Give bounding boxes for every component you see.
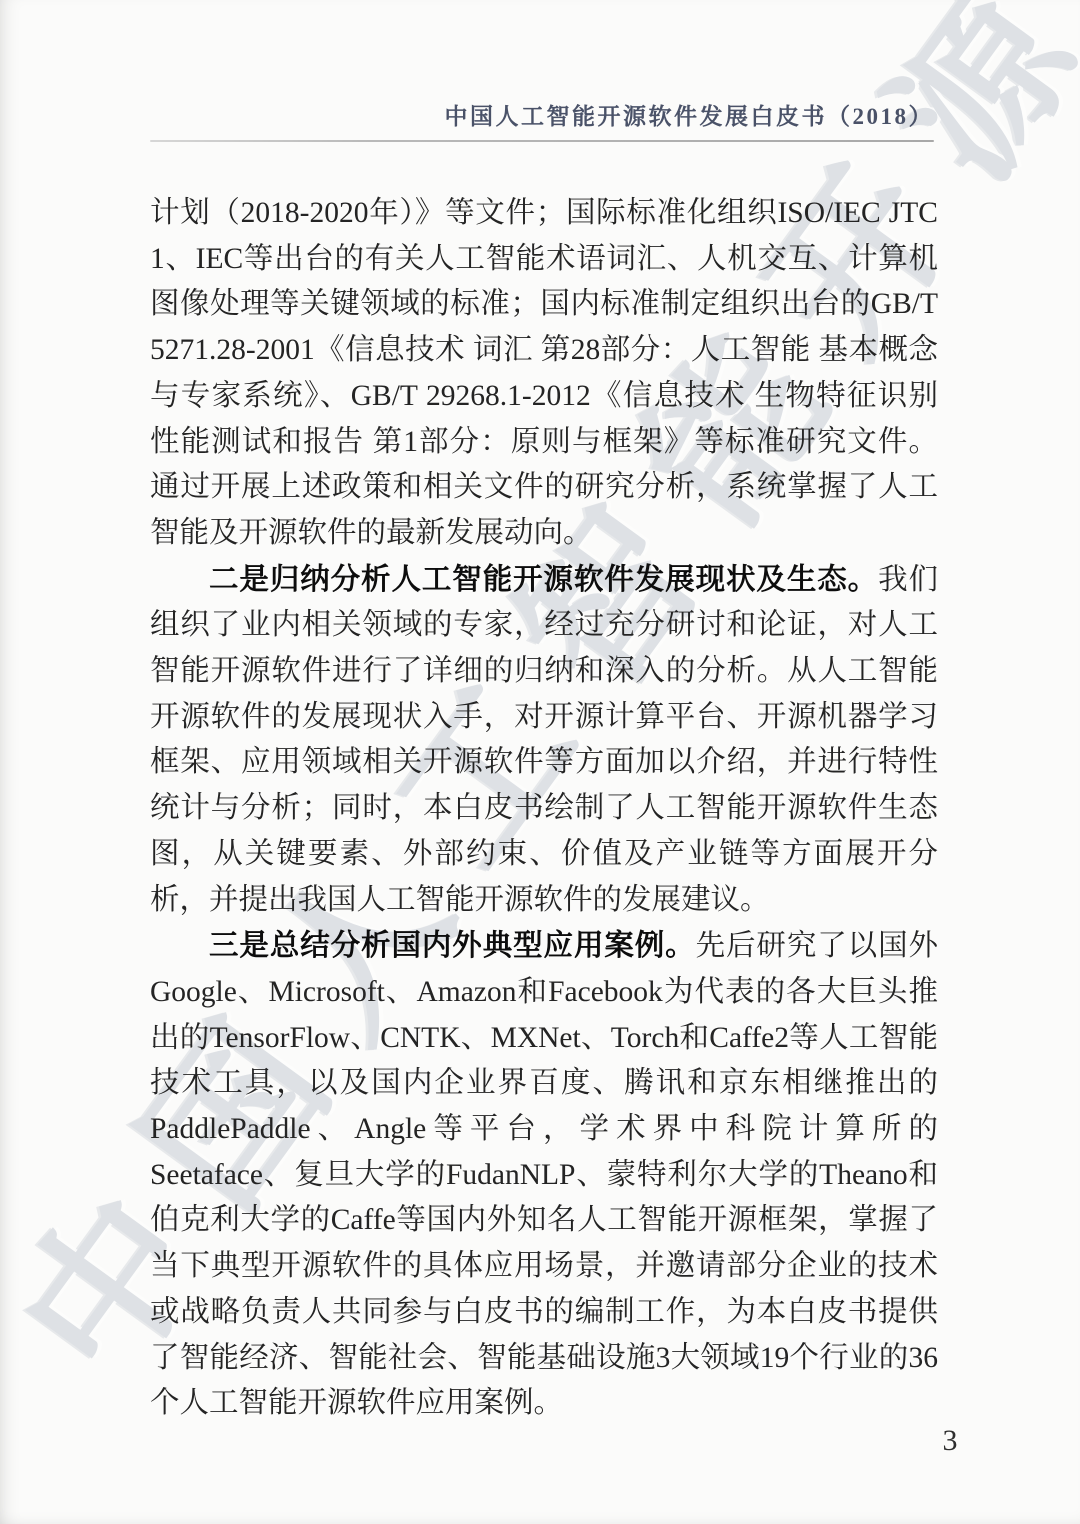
- paragraph-third-point: 三是总结分析国内外典型应用案例。先后研究了以国外Google、Microsoft…: [150, 923, 938, 1427]
- paragraph-continuation: 计划（2018-2020年）》等文件；国际标准化组织ISO/IEC JTC 1、…: [150, 190, 938, 557]
- paragraph-text: 计划（2018-2020年）》等文件；国际标准化组织ISO/IEC JTC 1、…: [150, 197, 938, 549]
- paragraph-lead: 三是总结分析国内外典型应用案例。: [209, 929, 696, 962]
- page-number: 3: [930, 1424, 970, 1458]
- paragraph-text: 我们组织了业内相关领域的专家，经过充分研讨和论证，对人工智能开源软件进行了详细的…: [150, 564, 938, 916]
- paragraph-second-point: 二是归纳分析人工智能开源软件发展现状及生态。我们组织了业内相关领域的专家，经过充…: [150, 557, 938, 924]
- running-header-title: 中国人工智能开源软件发展白皮书（2018）: [150, 98, 934, 131]
- header-rule: [150, 140, 934, 142]
- running-header: 中国人工智能开源软件发展白皮书（2018）: [150, 98, 934, 142]
- paragraph-text: 先后研究了以国外Google、Microsoft、Amazon和Facebook…: [150, 930, 938, 1419]
- document-page: 中国人工智能开源软件发展联盟 中国人工智能开源软件发展白皮书（2018） 计划（…: [0, 0, 1080, 1524]
- body-text-block: 计划（2018-2020年）》等文件；国际标准化组织ISO/IEC JTC 1、…: [150, 190, 938, 1427]
- paragraph-lead: 二是归纳分析人工智能开源软件发展现状及生态。: [209, 563, 878, 596]
